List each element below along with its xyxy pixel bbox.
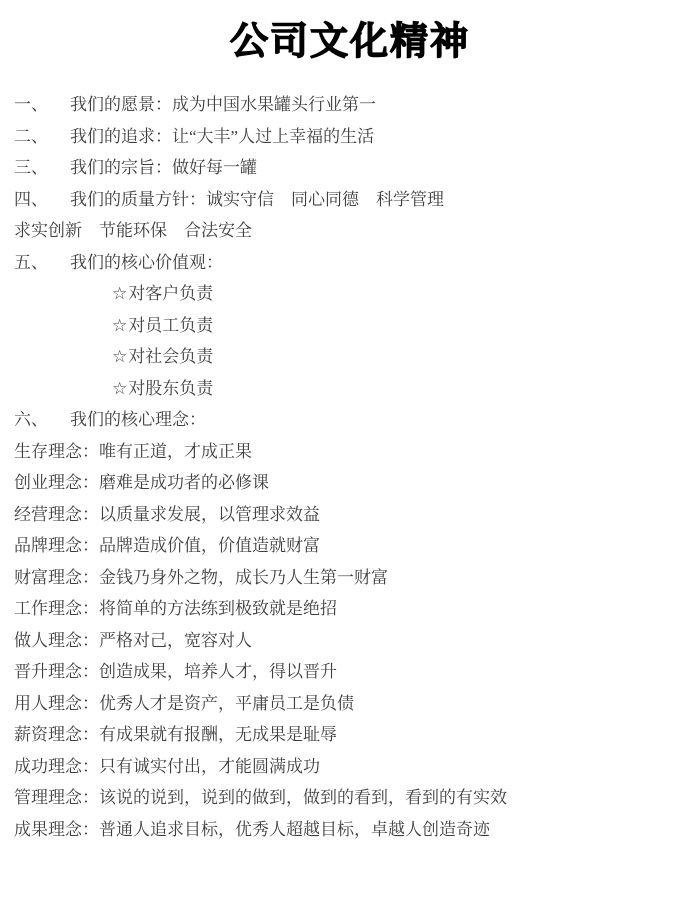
line-quality-policy-continued: 求实创新 节能环保 合法安全	[0, 215, 700, 247]
list-marker: 六、	[14, 404, 70, 436]
line-mission: 三、我们的宗旨：做好每一罐	[0, 152, 700, 184]
concept-achievement: 成果理念：普通人追求目标，优秀人超越目标，卓越人创造奇迹	[0, 814, 700, 846]
line-text: 财富理念：金钱乃身外之物，成长乃人生第一财富	[14, 568, 388, 587]
star-icon: ☆	[112, 310, 127, 342]
line-text: 薪资理念：有成果就有报酬，无成果是耻辱	[14, 725, 337, 744]
line-text: 晋升理念：创造成果，培养人才，得以晋升	[14, 662, 337, 681]
line-core-values-heading: 五、我们的核心价值观：	[0, 247, 700, 279]
line-text: 我们的宗旨：做好每一罐	[70, 158, 257, 177]
line-text: 创业理念：磨难是成功者的必修课	[14, 473, 269, 492]
line-text: 对客户负责	[128, 284, 213, 303]
value-item-customer: ☆对客户负责	[0, 278, 700, 310]
line-text: 对股东负责	[128, 379, 213, 398]
value-item-shareholder: ☆对股东负责	[0, 373, 700, 405]
concept-brand: 品牌理念：品牌造成价值，价值造就财富	[0, 530, 700, 562]
concept-wealth: 财富理念：金钱乃身外之物，成长乃人生第一财富	[0, 562, 700, 594]
line-text: 对员工负责	[128, 316, 213, 335]
concept-management: 管理理念：该说的说到，说到的做到，做到的看到，看到的有实效	[0, 782, 700, 814]
line-text: 求实创新 节能环保 合法安全	[14, 221, 252, 240]
line-text: 工作理念：将简单的方法练到极致就是绝招	[14, 599, 337, 618]
page-title: 公司文化精神	[0, 21, 700, 63]
concept-conduct: 做人理念：严格对己，宽容对人	[0, 625, 700, 657]
document-body: 一、我们的愿景：成为中国水果罐头行业第一 二、我们的追求：让“大丰”人过上幸福的…	[0, 89, 700, 845]
document-page: 公司文化精神 一、我们的愿景：成为中国水果罐头行业第一 二、我们的追求：让“大丰…	[0, 0, 700, 900]
line-text: 生存理念：唯有正道，才成正果	[14, 442, 252, 461]
line-text: 成功理念：只有诚实付出，才能圆满成功	[14, 757, 320, 776]
line-text: 我们的愿景：成为中国水果罐头行业第一	[70, 95, 376, 114]
line-text: 我们的核心价值观：	[70, 253, 223, 272]
line-text: 我们的质量方针：诚实守信 同心同德 科学管理	[70, 190, 444, 209]
line-pursuit: 二、我们的追求：让“大丰”人过上幸福的生活	[0, 121, 700, 153]
concept-operation: 经营理念：以质量求发展，以管理求效益	[0, 499, 700, 531]
concept-promotion: 晋升理念：创造成果，培养人才，得以晋升	[0, 656, 700, 688]
concept-work: 工作理念：将简单的方法练到极致就是绝招	[0, 593, 700, 625]
line-text: 我们的核心理念：	[70, 410, 206, 429]
list-marker: 四、	[14, 184, 70, 216]
list-marker: 一、	[14, 89, 70, 121]
concept-entrepreneurship: 创业理念：磨难是成功者的必修课	[0, 467, 700, 499]
concept-survival: 生存理念：唯有正道，才成正果	[0, 436, 700, 468]
list-marker: 二、	[14, 121, 70, 153]
line-text: 品牌理念：品牌造成价值，价值造就财富	[14, 536, 320, 555]
value-item-society: ☆对社会负责	[0, 341, 700, 373]
star-icon: ☆	[112, 341, 127, 373]
line-text: 对社会负责	[128, 347, 213, 366]
concept-talent: 用人理念：优秀人才是资产，平庸员工是负债	[0, 688, 700, 720]
list-marker: 五、	[14, 247, 70, 279]
concept-salary: 薪资理念：有成果就有报酬，无成果是耻辱	[0, 719, 700, 751]
line-text: 经营理念：以质量求发展，以管理求效益	[14, 505, 320, 524]
star-icon: ☆	[112, 373, 127, 405]
value-item-employee: ☆对员工负责	[0, 310, 700, 342]
line-core-concepts-heading: 六、我们的核心理念：	[0, 404, 700, 436]
line-text: 我们的追求：让“大丰”人过上幸福的生活	[70, 127, 374, 146]
line-quality-policy: 四、我们的质量方针：诚实守信 同心同德 科学管理	[0, 184, 700, 216]
line-text: 用人理念：优秀人才是资产，平庸员工是负债	[14, 694, 354, 713]
concept-success: 成功理念：只有诚实付出，才能圆满成功	[0, 751, 700, 783]
line-text: 做人理念：严格对己，宽容对人	[14, 631, 252, 650]
line-text: 成果理念：普通人追求目标，优秀人超越目标，卓越人创造奇迹	[14, 820, 490, 839]
line-vision: 一、我们的愿景：成为中国水果罐头行业第一	[0, 89, 700, 121]
line-text: 管理理念：该说的说到，说到的做到，做到的看到，看到的有实效	[14, 788, 507, 807]
star-icon: ☆	[112, 278, 127, 310]
list-marker: 三、	[14, 152, 70, 184]
